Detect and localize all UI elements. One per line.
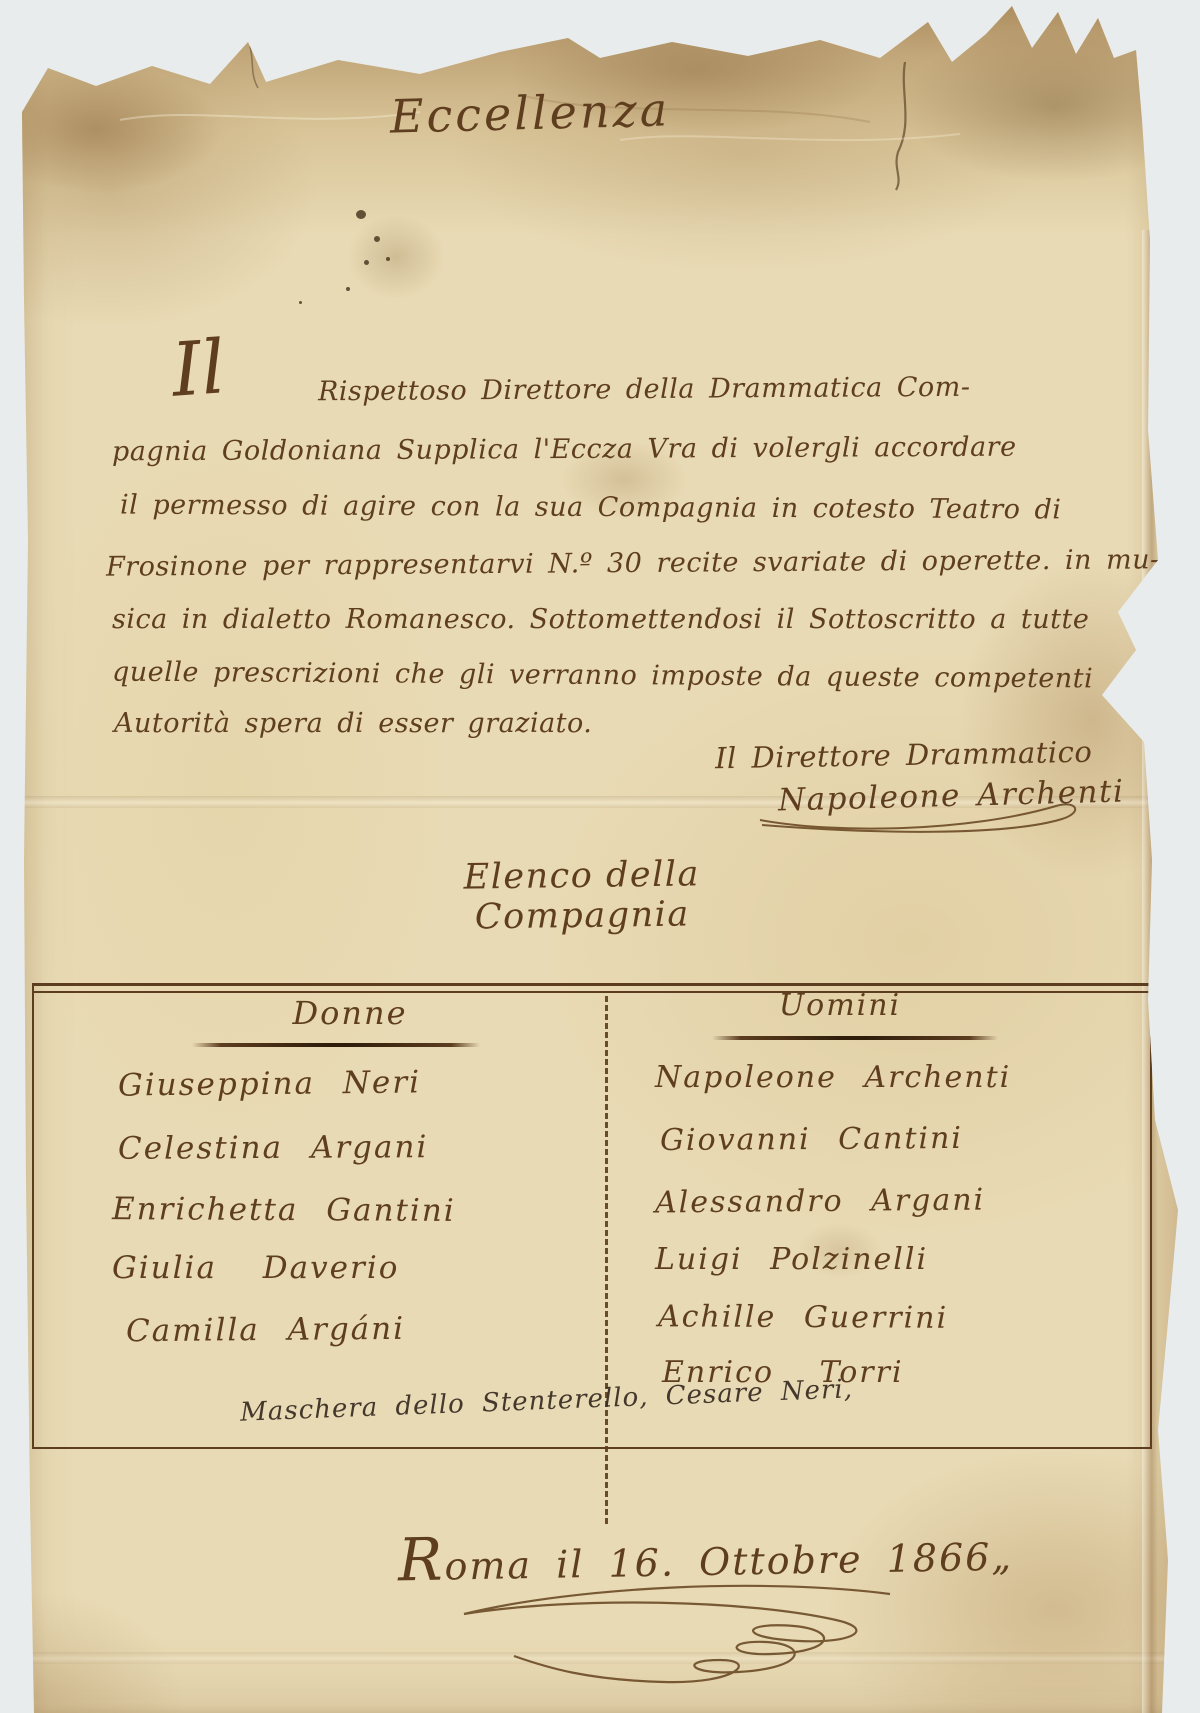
roster-heading: Elenco della Compagnia: [351, 853, 812, 939]
roster-name-uomo: Achille Guerrini: [658, 1299, 948, 1336]
roster-name-uomo: Alessandro Argani: [655, 1183, 985, 1221]
signature-role: Il Direttore Drammatico: [715, 735, 1093, 776]
uomini-header-underline: [712, 1036, 998, 1040]
roster-name-donna: Enrichetta Gantini: [112, 1191, 456, 1229]
signature-flourish: [756, 798, 1092, 844]
table-border-right: [1150, 983, 1152, 1449]
petition-line: sica in dialetto Romanesco. Sottomettend…: [112, 604, 1089, 635]
table-column-divider: [605, 996, 608, 1524]
roster-name-donna: Celestina Argani: [118, 1129, 429, 1167]
column-header-donne: Donne: [210, 994, 490, 1032]
paper-sheet: Eccellenza Il Rispettoso Direttore della…: [0, 0, 1200, 1713]
donne-header-underline: [192, 1043, 480, 1047]
ink-blot: [299, 301, 302, 304]
ink-blot: [356, 210, 366, 219]
petition-line: pagnia Goldoniana Supplica l'Eccza Vra d…: [112, 432, 1017, 468]
roster-name-uomo: Giovanni Cantini: [660, 1121, 963, 1158]
fold-crease-vertical: [1142, 230, 1158, 1713]
petition-line: Rispettoso Direttore della Drammatica Co…: [318, 372, 971, 408]
petition-line: Autorità spera di esser graziato.: [114, 708, 592, 739]
roster-name-donna: Camilla Argáni: [126, 1311, 405, 1349]
table-border-top-inner: [32, 991, 1152, 993]
table-border-left: [32, 983, 34, 1449]
drop-cap-initial: Il: [169, 324, 228, 413]
table-border-top-outer: [32, 983, 1152, 986]
column-header-uomini: Uomini: [700, 988, 980, 1023]
table-border-bottom: [32, 1447, 1152, 1449]
petition-line: il permesso di agire con la sua Compagni…: [120, 490, 1062, 526]
roster-name-donna: Giuseppina Neri: [118, 1064, 421, 1103]
roster-name-uomo: Luigi Polzinelli: [655, 1242, 928, 1277]
scanned-document-page: { "document": { "title": "Eccellenza", "…: [0, 0, 1200, 1713]
ink-blot: [386, 257, 390, 261]
ink-blot: [346, 287, 350, 291]
roster-name-donna: Giulia Daverio: [112, 1250, 399, 1286]
ink-blot: [364, 260, 369, 265]
document-title: Eccellenza: [319, 81, 740, 146]
ink-blot: [374, 236, 380, 242]
closing-flourish: [428, 1580, 900, 1698]
roster-name-uomo: Napoleone Archenti: [655, 1060, 1011, 1095]
